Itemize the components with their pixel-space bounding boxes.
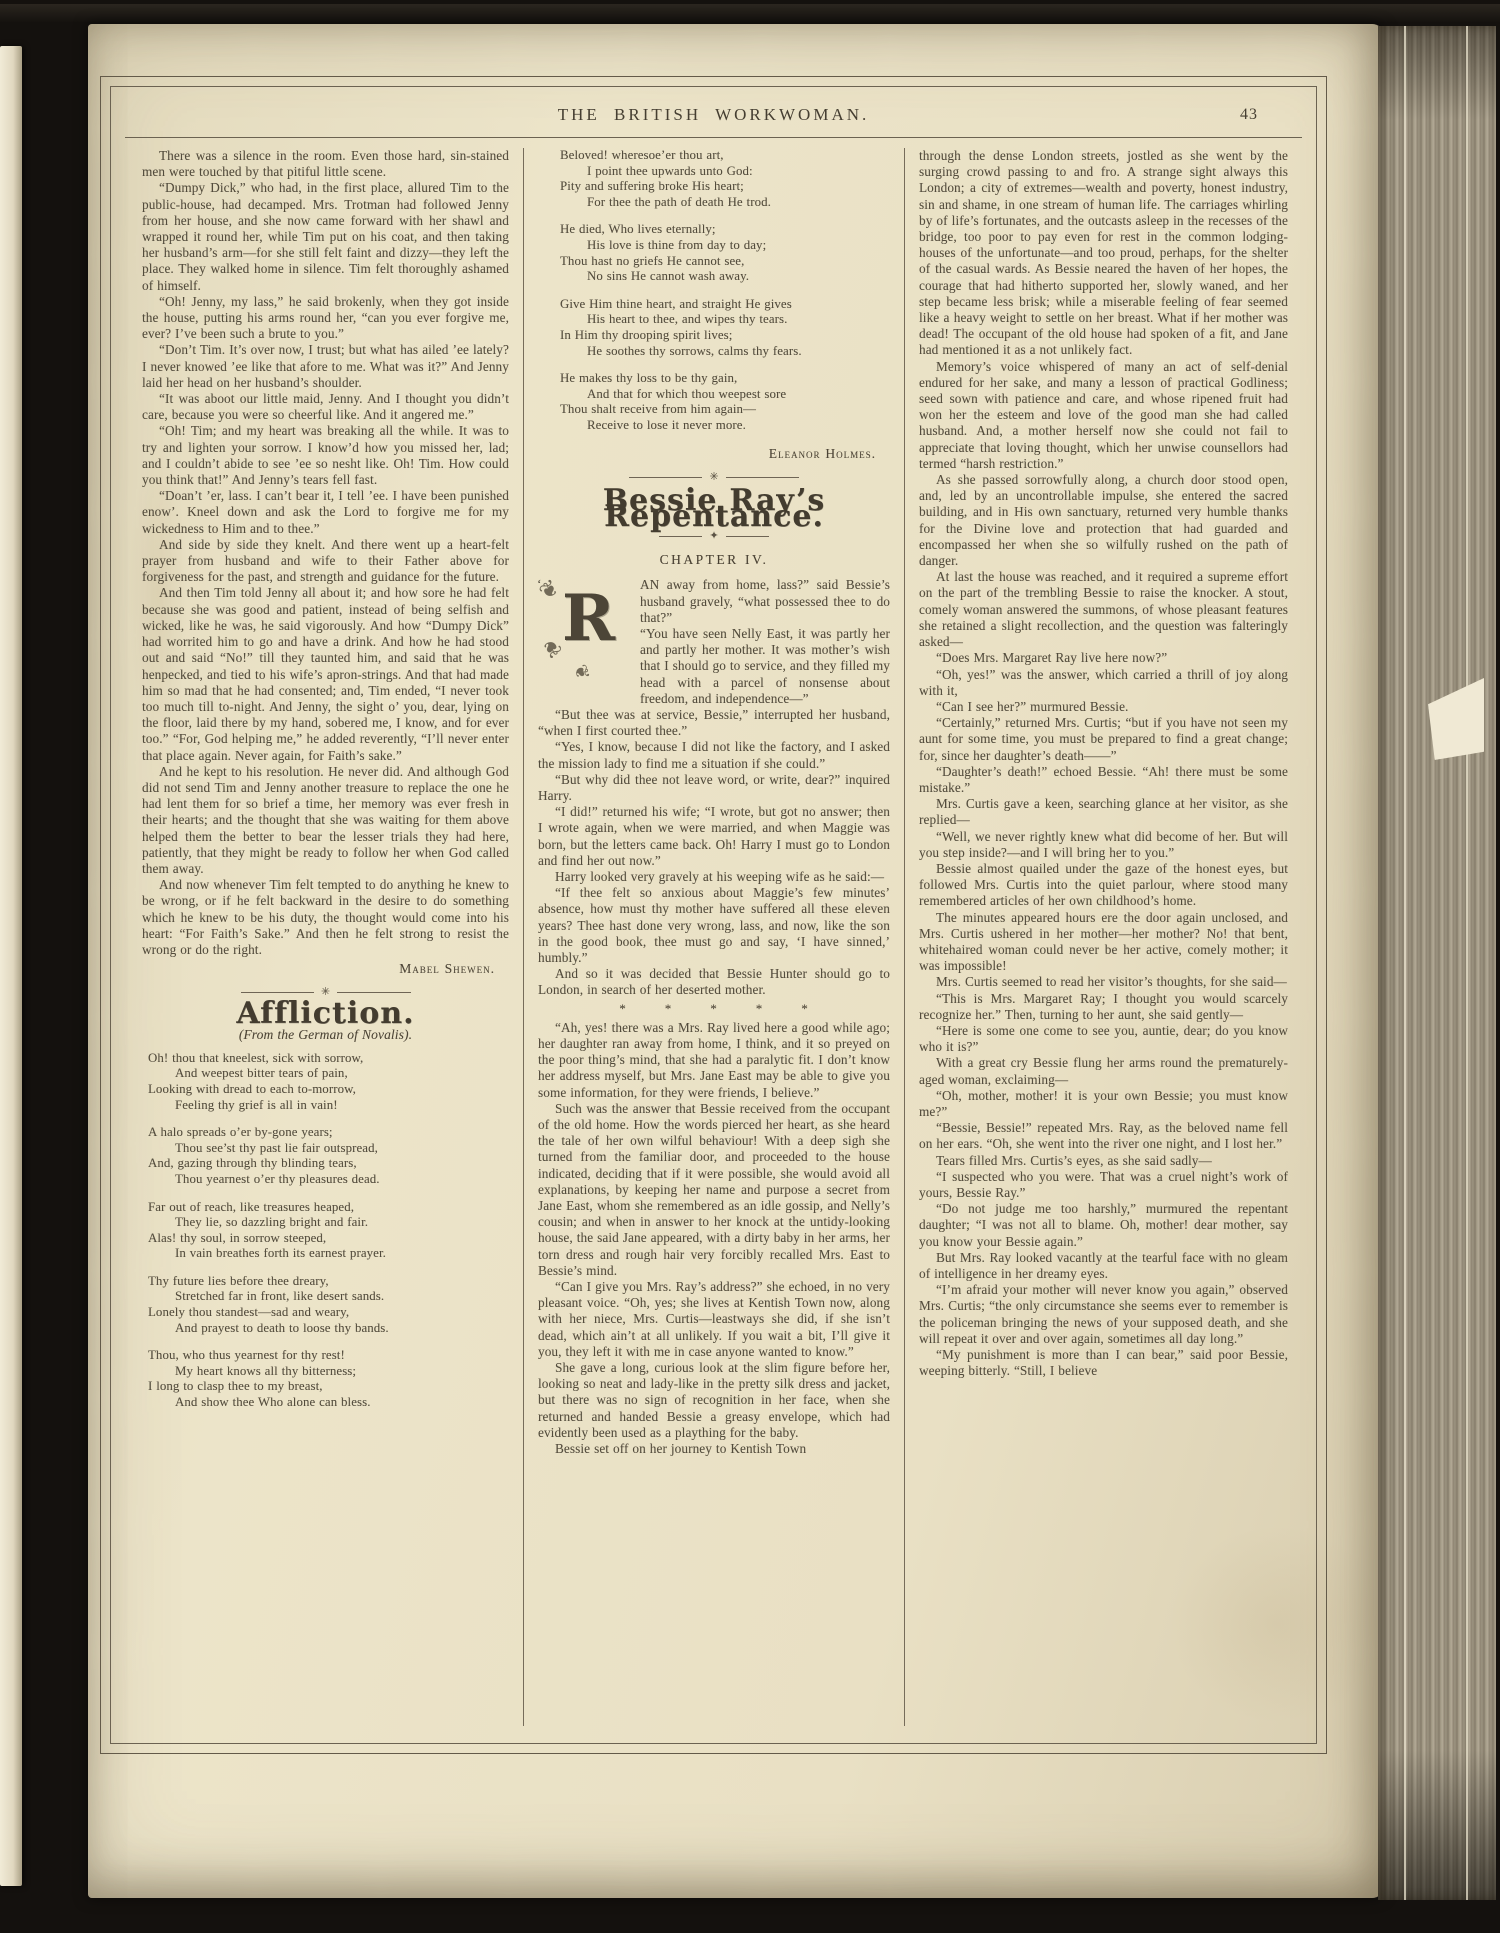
poem-line: Looking with dread to each to-morrow, <box>148 1082 509 1098</box>
column-rule <box>523 148 524 1726</box>
poem-line: Oh! thou that kneelest, sick with sorrow… <box>148 1051 509 1067</box>
book-fore-edge <box>1378 26 1496 1900</box>
poem-stanza: He makes thy loss to be thy gain,And tha… <box>560 371 890 433</box>
poem-line: For thee the path of death He trod. <box>560 195 890 211</box>
poem-title: Affliction. <box>142 1006 509 1022</box>
poem-stanza: Thou, who thus yearnest for thy rest!My … <box>148 1348 509 1410</box>
poem-line: My heart knows all thy bitterness; <box>148 1364 509 1380</box>
poem-line: In Him thy drooping spirit lives; <box>560 328 890 344</box>
paragraph: “Oh! Tim; and my heart was breaking all … <box>142 423 509 488</box>
paragraph: “Oh, yes!” was the answer, which carried… <box>919 667 1288 699</box>
author-byline: Eleanor Holmes. <box>538 446 876 462</box>
poem-line: He soothes thy sorrows, calms thy fears. <box>560 344 890 360</box>
header-rule <box>125 137 1302 138</box>
poem-line: I point thee upwards unto God: <box>560 164 890 180</box>
paragraph: With a great cry Bessie flung her arms r… <box>919 1055 1288 1087</box>
poem-line: I long to clasp thee to my breast, <box>148 1379 509 1395</box>
page-edge-highlight <box>1466 26 1468 1900</box>
story-title: Bessie Ray’s Repentance. <box>538 493 890 525</box>
poem-line: Thou see’st thy past lie fair outspread, <box>148 1141 509 1157</box>
paragraph: “I suspected who you were. That was a cr… <box>919 1169 1288 1201</box>
paragraph: “Well, we never rightly knew what did be… <box>919 829 1288 861</box>
poem-line: Stretched far in front, like desert sand… <box>148 1289 509 1305</box>
page-header: THE BRITISH WORKWOMAN. 43 <box>111 105 1316 125</box>
paragraph: “Can I see her?” murmured Bessie. <box>919 699 1288 715</box>
paragraph: “Oh, mother, mother! it is your own Bess… <box>919 1088 1288 1120</box>
poem-stanza: Far out of reach, like treasures heaped,… <box>148 1200 509 1262</box>
paragraph: “But thee was at service, Bessie,” inter… <box>538 707 890 739</box>
page-frame-inner: THE BRITISH WORKWOMAN. 43 There was a si… <box>110 86 1317 1744</box>
paragraph: “Dumpy Dick,” who had, in the first plac… <box>142 180 509 293</box>
paragraph: “Daughter’s death!” echoed Bessie. “Ah! … <box>919 764 1288 796</box>
story-body: “Ah, yes! there was a Mrs. Ray lived her… <box>538 1020 890 1457</box>
divider-ornament-icon: ✳ <box>709 472 718 483</box>
ornate-initial: ❦ ❦ ❦ R <box>540 579 632 691</box>
poem-affliction: Oh! thou that kneelest, sick with sorrow… <box>148 1051 509 1411</box>
paragraph: “It was aboot our little maid, Jenny. An… <box>142 391 509 423</box>
paragraph: “My punishment is more than I can bear,”… <box>919 1347 1288 1379</box>
paragraph: Mrs. Curtis gave a keen, searching glanc… <box>919 796 1288 828</box>
paragraph: “Doan’t ’er, lass. I can’t bear it, I te… <box>142 488 509 537</box>
poem-line: Beloved! wheresoe’er thou art, <box>560 148 890 164</box>
poem-line: Give Him thine heart, and straight He gi… <box>560 297 890 313</box>
page-frame: THE BRITISH WORKWOMAN. 43 There was a si… <box>100 76 1327 1754</box>
column-3: through the dense London streets, jostle… <box>919 148 1288 1726</box>
flourish-icon: ❦ <box>538 576 563 605</box>
paragraph: through the dense London streets, jostle… <box>919 148 1288 359</box>
poem-line: And prayest to death to loose thy bands. <box>148 1321 509 1337</box>
poem-stanza: Oh! thou that kneelest, sick with sorrow… <box>148 1051 509 1113</box>
story-continuation: There was a silence in the room. Even th… <box>142 148 509 958</box>
paragraph: Tears filled Mrs. Curtis’s eyes, as she … <box>919 1153 1288 1169</box>
paragraph: Harry looked very gravely at his weeping… <box>538 869 890 885</box>
poem-stanza: He died, Who lives eternally;His love is… <box>560 222 890 284</box>
paragraph: Bessie set off on her journey to Kentish… <box>538 1441 890 1457</box>
paragraph: “I’m afraid your mother will never know … <box>919 1282 1288 1347</box>
poem-line: Thy future lies before thee dreary, <box>148 1274 509 1290</box>
paragraph: Memory’s voice whispered of many an act … <box>919 359 1288 472</box>
poem-line: In vain breathes forth its earnest praye… <box>148 1246 509 1262</box>
paragraph: “Don’t Tim. It’s over now, I trust; but … <box>142 342 509 391</box>
chapter-heading: CHAPTER IV. <box>538 552 890 568</box>
paragraph: Mrs. Curtis seemed to read her visitor’s… <box>919 974 1288 990</box>
poem-line: And show thee Who alone can bless. <box>148 1395 509 1411</box>
page-number: 43 <box>1240 106 1258 124</box>
photo-background: THE BRITISH WORKWOMAN. 43 There was a si… <box>0 0 1500 1933</box>
poem-line: And that for which thou weepest sore <box>560 387 890 403</box>
paragraph: “I did!” returned his wife; “I wrote, bu… <box>538 804 890 869</box>
poem-stanza: Beloved! wheresoe’er thou art,I point th… <box>560 148 890 210</box>
poem-line: Thou hast no griefs He cannot see, <box>560 254 890 270</box>
poem-line: They lie, so dazzling bright and fair. <box>148 1215 509 1231</box>
poem-line: Thou yearnest o’er thy pleasures dead. <box>148 1172 509 1188</box>
poem-line: Receive to lose it never more. <box>560 418 890 434</box>
paragraph: “Can I give you Mrs. Ray’s address?” she… <box>538 1279 890 1360</box>
paragraph: As she passed sorrowfully along, a churc… <box>919 472 1288 569</box>
paragraph: And now whenever Tim felt tempted to do … <box>142 877 509 958</box>
page-edge-highlight <box>1404 26 1406 1900</box>
poem-line: Feeling thy grief is all in vain! <box>148 1098 509 1114</box>
paragraph: Bessie almost quailed under the gaze of … <box>919 861 1288 910</box>
paragraph: And side by side they knelt. And there w… <box>142 537 509 586</box>
poem-stanza: Give Him thine heart, and straight He gi… <box>560 297 890 359</box>
poem-line: Thou shalt receive from him again— <box>560 402 890 418</box>
paragraph: “Here is some one come to see you, aunti… <box>919 1023 1288 1055</box>
poem-line: No sins He cannot wash away. <box>560 269 890 285</box>
poem-line: Thou, who thus yearnest for thy rest! <box>148 1348 509 1364</box>
poem-stanza: Thy future lies before thee dreary,Stret… <box>148 1274 509 1336</box>
chapter-opening: “ ❦ ❦ ❦ R AN away from home, lass?” said… <box>538 577 890 707</box>
author-byline: Mabel Shewen. <box>142 961 495 977</box>
poem-line: Alas! thy soul, in sorrow steeped, <box>148 1231 509 1247</box>
paragraph: And then Tim told Jenny all about it; an… <box>142 585 509 763</box>
paragraph: She gave a long, curious look at the sli… <box>538 1360 890 1441</box>
story-body: “But thee was at service, Bessie,” inter… <box>538 707 890 999</box>
paragraph: There was a silence in the room. Even th… <box>142 148 509 180</box>
paragraph: “Does Mrs. Margaret Ray live here now?” <box>919 650 1288 666</box>
section-divider: ✳ <box>629 472 799 483</box>
paragraph: “Oh! Jenny, my lass,” he said brokenly, … <box>142 294 509 343</box>
paragraph: The minutes appeared hours ere the door … <box>919 910 1288 975</box>
scene-break: * * * * * <box>538 1001 890 1017</box>
poem-line: A halo spreads o’er by-gone years; <box>148 1125 509 1141</box>
divider-ornament-icon: ✦ <box>709 531 718 542</box>
page-corner-tab <box>1428 678 1484 760</box>
text-columns: There was a silence in the room. Even th… <box>142 148 1288 1726</box>
paragraph: But Mrs. Ray looked vacantly at the tear… <box>919 1250 1288 1282</box>
poem-subtitle: (From the German of Novalis). <box>142 1027 509 1043</box>
poem-line: He died, Who lives eternally; <box>560 222 890 238</box>
paragraph: At last the house was reached, and it re… <box>919 569 1288 650</box>
poem-line: His heart to thee, and wipes thy tears. <box>560 312 890 328</box>
paragraph: “Yes, I know, because I did not like the… <box>538 739 890 771</box>
paragraph: “But why did thee not leave word, or wri… <box>538 772 890 804</box>
magazine-page: THE BRITISH WORKWOMAN. 43 There was a si… <box>88 24 1384 1898</box>
publication-title: THE BRITISH WORKWOMAN. <box>558 105 870 124</box>
paragraph: “Bessie, Bessie!” repeated Mrs. Ray, as … <box>919 1120 1288 1152</box>
poem-line: Far out of reach, like treasures heaped, <box>148 1200 509 1216</box>
flourish-icon: ❦ <box>571 663 592 682</box>
background-shadow <box>0 4 1500 22</box>
column-rule <box>904 148 905 1726</box>
paragraph: And so it was decided that Bessie Hunter… <box>538 966 890 998</box>
column-1: There was a silence in the room. Even th… <box>142 148 509 1726</box>
paragraph: “Do not judge me too harshly,” murmured … <box>919 1201 1288 1250</box>
column-2: Beloved! wheresoe’er thou art,I point th… <box>538 148 890 1726</box>
paragraph: “If thee felt so anxious about Maggie’s … <box>538 885 890 966</box>
story-body: through the dense London streets, jostle… <box>919 148 1288 1379</box>
poem-stanza: A halo spreads o’er by-gone years;Thou s… <box>148 1125 509 1187</box>
paragraph: “Certainly,” returned Mrs. Curtis; “but … <box>919 715 1288 764</box>
adjacent-page-edge <box>0 46 22 1886</box>
poem-continuation: Beloved! wheresoe’er thou art,I point th… <box>560 148 890 434</box>
poem-line: He makes thy loss to be thy gain, <box>560 371 890 387</box>
paragraph: Such was the answer that Bessie received… <box>538 1101 890 1279</box>
paragraph: And he kept to his resolution. He never … <box>142 764 509 877</box>
poem-line: And weepest bitter tears of pain, <box>148 1066 509 1082</box>
poem-line: Pity and suffering broke His heart; <box>560 179 890 195</box>
poem-line: Lonely thou standest—sad and weary, <box>148 1305 509 1321</box>
dropcap-letter: R <box>562 587 615 651</box>
paragraph: “Ah, yes! there was a Mrs. Ray lived her… <box>538 1020 890 1101</box>
paragraph: “This is Mrs. Margaret Ray; I thought yo… <box>919 991 1288 1023</box>
poem-line: And, gazing through thy blinding tears, <box>148 1156 509 1172</box>
poem-line: His love is thine from day to day; <box>560 238 890 254</box>
